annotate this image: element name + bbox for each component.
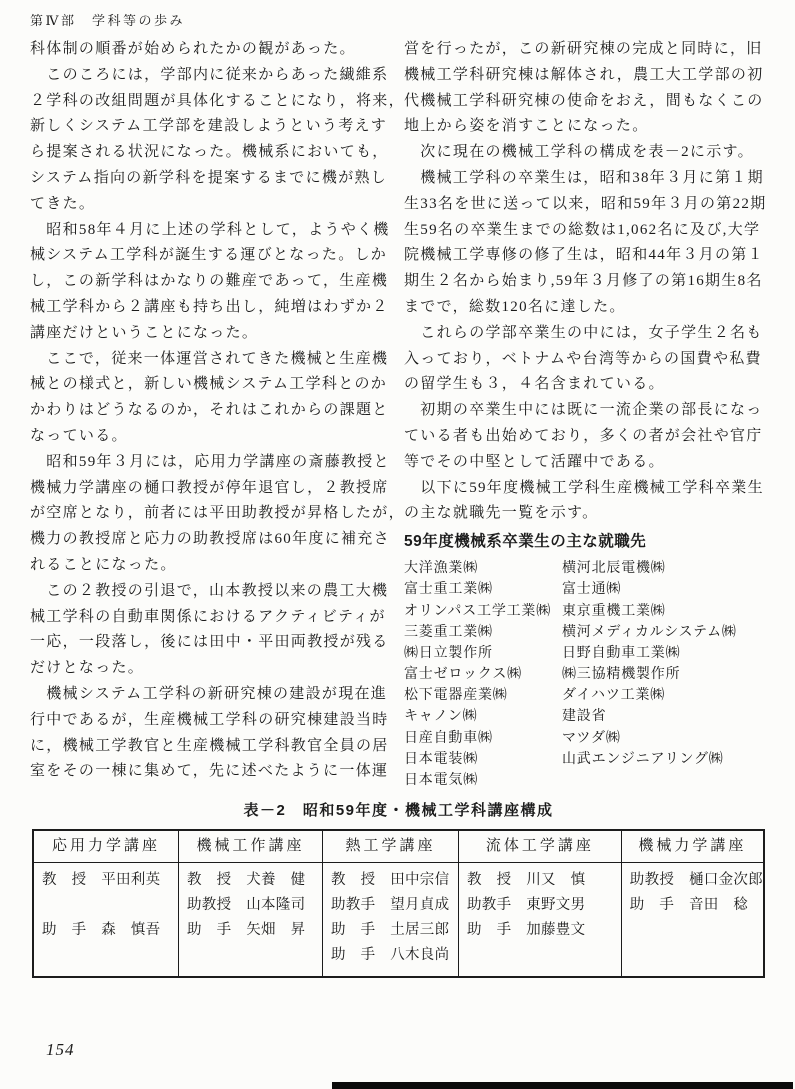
course-column-staff: 教 授 川又 慎 助教手 東野文男 助 手 加藤豊文 — [459, 863, 621, 951]
employer-row: 日産自動車㈱ マツダ㈱ — [404, 728, 780, 749]
body-text-line: なっている。 — [30, 424, 398, 450]
employer-name: 日産自動車㈱ — [404, 728, 562, 749]
body-text-line: 代機械工学科研究棟の使命をおえ，間もなくこの — [404, 89, 780, 115]
employer-row: 大洋漁業㈱ 横河北辰電機㈱ — [404, 558, 780, 579]
employer-row: ㈱日立製作所 日野自動車工業㈱ — [404, 643, 780, 664]
body-text-line: 機械工学科の卒業生は，昭和38年３月に第１期 — [404, 166, 780, 192]
body-text-line: 次に現在の機械工学科の構成を表－2に示す。 — [404, 140, 780, 166]
staff-row — [34, 893, 178, 918]
employer-list: 大洋漁業㈱ 横河北辰電機㈱ 富士重工業㈱ 富士通㈱ オリンパス工学工業㈱ 東京重… — [404, 558, 780, 791]
employer-name: 富士通㈱ — [562, 579, 780, 600]
course-column-header: 応用力学講座 — [34, 831, 178, 863]
employer-name: 建設省 — [562, 706, 780, 727]
employer-row: 富士ゼロックス㈱ ㈱三協精機製作所 — [404, 664, 780, 685]
body-text-line: 以下に59年度機械工学科生産機械工学科卒業生 — [404, 476, 780, 502]
body-text-line: れることになった。 — [30, 553, 398, 579]
body-text-line: かわりはどうなるのか，それはこれからの課題と — [30, 398, 398, 424]
employer-name: ㈱三協精機製作所 — [562, 664, 780, 685]
body-text-line: 講座だけということになった。 — [30, 321, 398, 347]
staff-row: 教 授 犬養 健 — [179, 868, 322, 893]
employer-name: ㈱日立製作所 — [404, 643, 562, 664]
course-column: 機械工作講座 教 授 犬養 健 助教授 山本隆司 助 手 矢畑 昇 — [179, 831, 323, 976]
staff-row: 助 手 加藤豊文 — [459, 918, 621, 943]
employer-name: キャノン㈱ — [404, 706, 562, 727]
body-text-line: 初期の卒業生中には既に一流企業の部長になっ — [404, 398, 780, 424]
employer-name: 大洋漁業㈱ — [404, 558, 562, 579]
staff-row: 助教授 山本隆司 — [179, 893, 322, 918]
course-column-staff: 教 授 田中宗信 助教手 望月貞成 助 手 土居三郎 助 手 八木良尚 — [323, 863, 458, 976]
right-text-column: 営を行ったが，この新研究棟の完成と同時に，旧 機械工学科研究棟は解体され，農工大… — [404, 37, 780, 791]
scan-artifact-bar — [332, 1082, 793, 1089]
body-text-line: に，機械工学教官と生産機械工学科教官全員の居 — [30, 734, 398, 760]
staff-row: 教 授 平田利英 — [34, 868, 178, 893]
body-text-line: 新しくシステム工学部を建設しようという考えす — [30, 114, 398, 140]
employer-name: 横河メディカルシステム㈱ — [562, 622, 780, 643]
employer-name: 東京重機工業㈱ — [562, 601, 780, 622]
staff-row: 助 手 八木良尚 — [323, 943, 458, 968]
body-text-line: ２学科の改組問題が具体化することになり，将来， — [30, 89, 398, 115]
employer-name: 富士重工業㈱ — [404, 579, 562, 600]
employer-name: オリンパス工学工業㈱ — [404, 601, 562, 622]
body-text-line: 械との様式と，新しい機械システム工学科とのか — [30, 372, 398, 398]
body-text-line: ら提案される状況になった。機械系においても， — [30, 140, 398, 166]
body-text-line: 地上から姿を消すことになった。 — [404, 114, 780, 140]
course-column-header: 機械工作講座 — [179, 831, 322, 863]
staff-row: 教 授 田中宗信 — [323, 868, 458, 893]
employer-name: 横河北辰電機㈱ — [562, 558, 780, 579]
course-column-header: 流体工学講座 — [459, 831, 621, 863]
course-column: 応用力学講座 教 授 平田利英 助 手 森 慎吾 — [34, 831, 179, 976]
body-text-line: 械システム工学科が誕生する運びとなった。しか — [30, 243, 398, 269]
body-text-line: 生33名を世に送って以来，昭和59年３月の第22期 — [404, 192, 780, 218]
body-text-line: この２教授の引退で，山本教授以来の農工大機 — [30, 579, 398, 605]
staff-row: 助 手 矢畑 昇 — [179, 918, 322, 943]
employer-name: 日野自動車工業㈱ — [562, 643, 780, 664]
course-column-staff: 教 授 犬養 健 助教授 山本隆司 助 手 矢畑 昇 — [179, 863, 322, 951]
course-table-title: 表－2 昭和59年度・機械工学科講座構成 — [32, 799, 765, 820]
employer-name: 三菱重工業㈱ — [404, 622, 562, 643]
body-text-line: てきた。 — [30, 192, 398, 218]
body-text-line: 等でその中堅として活躍中である。 — [404, 450, 780, 476]
course-table-section: 表－2 昭和59年度・機械工学科講座構成 応用力学講座 教 授 平田利英 助 手… — [32, 799, 765, 978]
left-text-column: 科体制の順番が始められたかの観があった。 このころには，学部内に従来からあった繊… — [30, 37, 398, 785]
body-text-line: 械工学科の自動車関係におけるアクティビティが — [30, 605, 398, 631]
course-column: 機械力学講座 助教授 樋口金次郎 助 手 音田 稔 — [622, 831, 763, 976]
employer-name: 日本電装㈱ — [404, 749, 562, 770]
body-text-line: 行中であるが，生産機械工学科の研究棟建設当時 — [30, 708, 398, 734]
staff-row: 助教手 東野文男 — [459, 893, 621, 918]
employer-row: 松下電器産業㈱ ダイハツ工業㈱ — [404, 685, 780, 706]
body-text-line: 入っており，ベトナムや台湾等からの国費や私費 — [404, 347, 780, 373]
body-text-line: 期生２名から始まり,59年３月修了の第16期生8名 — [404, 269, 780, 295]
scanned-document-page: 第Ⅳ部 学科等の歩み 科体制の順番が始められたかの観があった。 このころには，学… — [0, 0, 795, 1089]
body-text-line: が空席となり，前者には平田助教授が昇格したが， — [30, 501, 398, 527]
staff-row: 助教授 樋口金次郎 — [622, 868, 763, 893]
staff-row: 助 手 森 慎吾 — [34, 918, 178, 943]
body-text-line: ここで，従来一体運営されてきた機械と生産機 — [30, 347, 398, 373]
page-number: 154 — [46, 1040, 75, 1060]
course-column: 熱工学講座 教 授 田中宗信 助教手 望月貞成 助 手 土居三郎 助 手 八木良… — [323, 831, 459, 976]
body-text-line: 昭和59年３月には，応用力学講座の斎藤教授と — [30, 450, 398, 476]
body-text-line: 営を行ったが，この新研究棟の完成と同時に，旧 — [404, 37, 780, 63]
body-text-line: 生59名の卒業生までの総数は1,062名に及び,大学 — [404, 218, 780, 244]
staff-row: 教 授 川又 慎 — [459, 868, 621, 893]
body-text-line: 昭和58年４月に上述の学科として，ようやく機 — [30, 218, 398, 244]
course-column-staff: 教 授 平田利英 助 手 森 慎吾 — [34, 863, 178, 951]
body-text-line: の主な就職先一覧を示す。 — [404, 501, 780, 527]
body-text-line: 機械力学講座の樋口教授が停年退官し，２教授席 — [30, 476, 398, 502]
employer-name — [562, 770, 780, 791]
body-text-line: だけとなった。 — [30, 656, 398, 682]
course-column-header: 機械力学講座 — [622, 831, 763, 863]
employer-row: 日本電装㈱ 山武エンジニアリング㈱ — [404, 749, 780, 770]
body-text-line: 科体制の順番が始められたかの観があった。 — [30, 37, 398, 63]
employer-name: 富士ゼロックス㈱ — [404, 664, 562, 685]
employer-name: 山武エンジニアリング㈱ — [562, 749, 780, 770]
body-text-line: ている者も出始めており，多くの者が会社や官庁 — [404, 424, 780, 450]
employer-row: 三菱重工業㈱ 横河メディカルシステム㈱ — [404, 622, 780, 643]
course-column: 流体工学講座 教 授 川又 慎 助教手 東野文男 助 手 加藤豊文 — [459, 831, 622, 976]
staff-row: 助 手 土居三郎 — [323, 918, 458, 943]
body-text-line: 室をその一棟に集めて，先に述べたように一体運 — [30, 759, 398, 785]
employer-row: 日本電気㈱ — [404, 770, 780, 791]
body-text-line: このころには，学部内に従来からあった繊維系 — [30, 63, 398, 89]
course-column-header: 熱工学講座 — [323, 831, 458, 863]
course-column-staff: 助教授 樋口金次郎 助 手 音田 稔 — [622, 863, 763, 926]
course-table: 応用力学講座 教 授 平田利英 助 手 森 慎吾 機械工作講座 — [32, 829, 765, 978]
body-text-line: 機械工学科研究棟は解体され，農工大工学部の初 — [404, 63, 780, 89]
body-text-line: 院機械工学専修の修了生は，昭和44年３月の第１ — [404, 243, 780, 269]
body-text-line: 一応，一段落し，後には田中・平田両教授が残る — [30, 630, 398, 656]
body-text-line: の留学生も３，４名含まれている。 — [404, 372, 780, 398]
body-text-line: これらの学部卒業生の中には，女子学生２名も — [404, 321, 780, 347]
part-header: 第Ⅳ部 学科等の歩み — [30, 10, 185, 29]
right-column-paragraphs: 営を行ったが，この新研究棟の完成と同時に，旧 機械工学科研究棟は解体され，農工大… — [404, 37, 780, 527]
body-text-line: システム指向の新学科を提案するまでに機が熟し — [30, 166, 398, 192]
body-text-line: 機力の教授席と応力の助教授席は60年度に補充さ — [30, 527, 398, 553]
employer-row: オリンパス工学工業㈱ 東京重機工業㈱ — [404, 601, 780, 622]
employer-row: キャノン㈱ 建設省 — [404, 706, 780, 727]
staff-row: 助 手 音田 稔 — [622, 893, 763, 918]
body-text-line: し，この新学科はかなりの難産であって，生産機 — [30, 269, 398, 295]
employer-name: 日本電気㈱ — [404, 770, 562, 791]
staff-row: 助教手 望月貞成 — [323, 893, 458, 918]
employer-name: マツダ㈱ — [562, 728, 780, 749]
employer-name: ダイハツ工業㈱ — [562, 685, 780, 706]
employment-section-heading: 59年度機械系卒業生の主な就職先 — [404, 530, 780, 554]
body-text-line: 械工学科から２講座も持ち出し，純増はわずか２ — [30, 295, 398, 321]
employer-name: 松下電器産業㈱ — [404, 685, 562, 706]
employer-row: 富士重工業㈱ 富士通㈱ — [404, 579, 780, 600]
body-text-line: 機械システム工学科の新研究棟の建設が現在進 — [30, 682, 398, 708]
body-text-line: までで，総数120名に達した。 — [404, 295, 780, 321]
